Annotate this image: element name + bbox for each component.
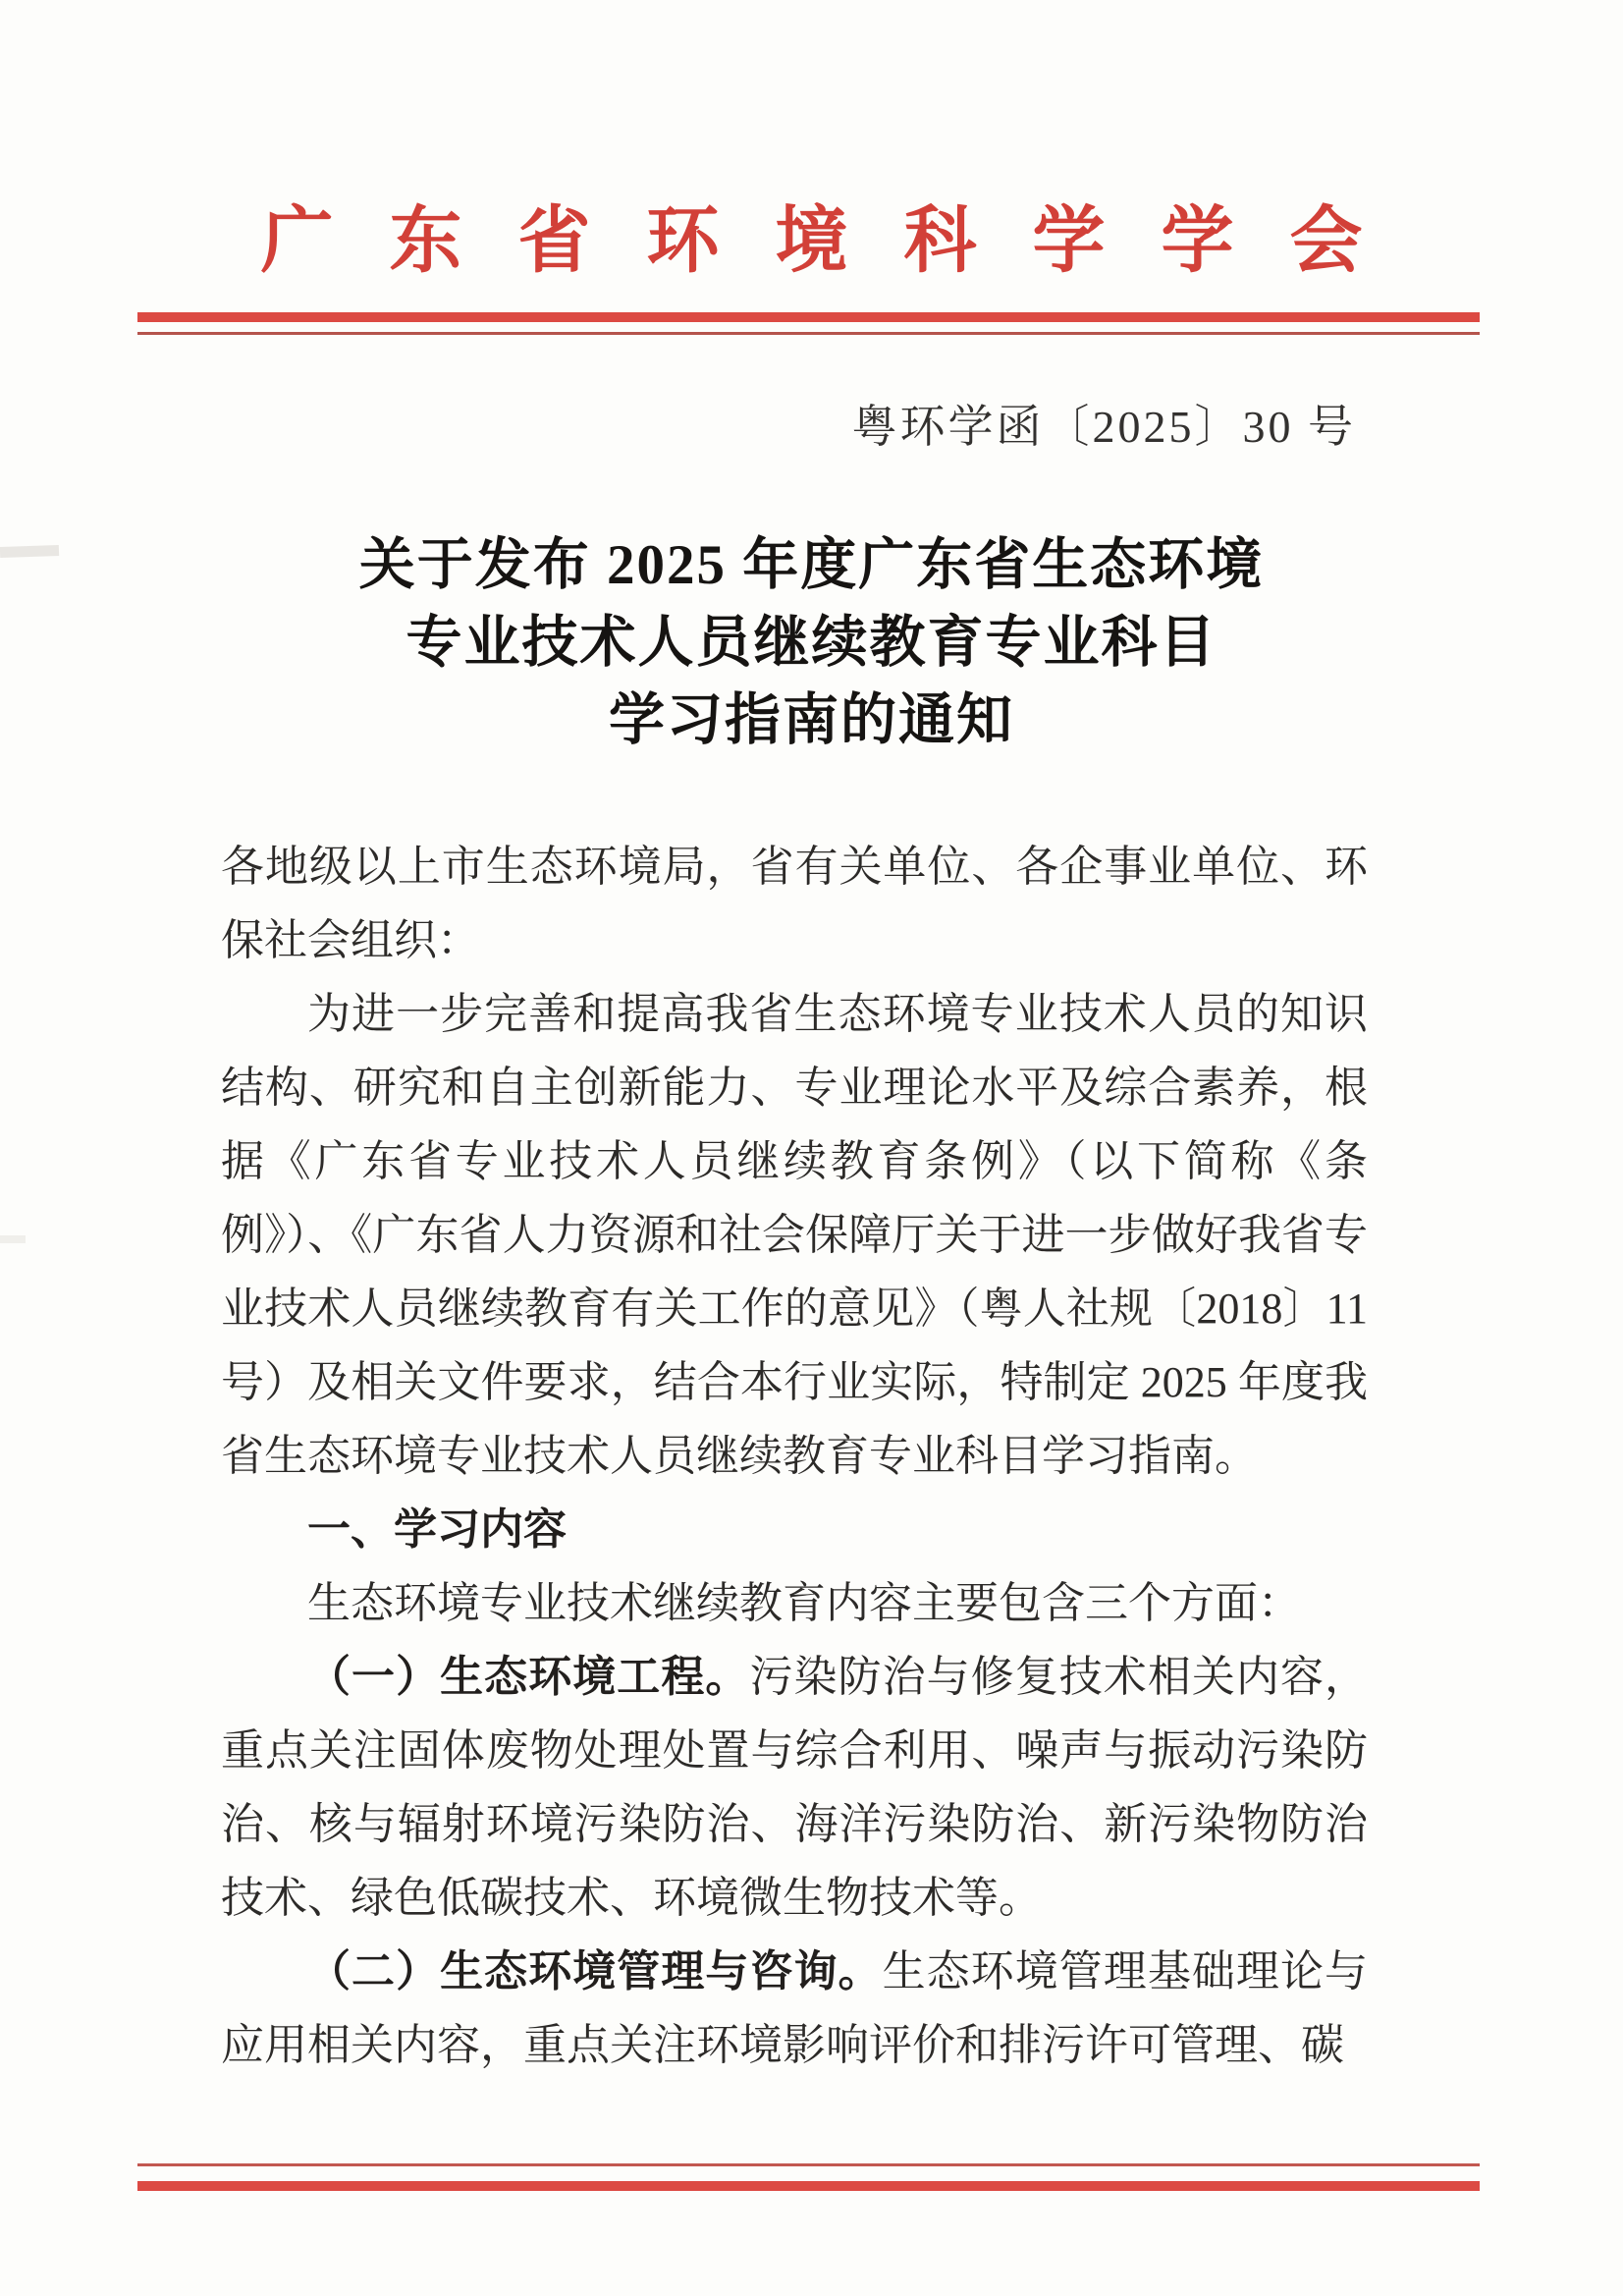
salutation: 各地级以上市生态环境局，省有关单位、各企事业单位、环保社会组织： bbox=[221, 830, 1368, 977]
scan-artifact bbox=[0, 1235, 26, 1243]
letterhead-divider-thin bbox=[137, 332, 1480, 335]
footer-divider-thin bbox=[137, 2163, 1480, 2166]
notice-title-line-2: 专业技术人员继续教育专业科目 bbox=[118, 604, 1505, 682]
paragraph-item-1-eco-engineering: （一）生态环境工程。污染防治与修复技术相关内容，重点关注固体废物处理处置与综合利… bbox=[221, 1640, 1368, 1935]
paragraph-item-2-eco-management: （二）生态环境管理与咨询。生态环境管理基础理论与应用相关内容，重点关注环境影响评… bbox=[221, 1935, 1368, 2082]
document-number: 粤环学函〔2025〕30 号 bbox=[221, 391, 1368, 456]
paragraph-overview: 生态环境专业技术继续教育内容主要包含三个方面： bbox=[221, 1566, 1368, 1640]
section-heading-learning-content: 一、学习内容 bbox=[221, 1493, 1368, 1566]
notice-title-line-1: 关于发布 2025 年度广东省生态环境 bbox=[118, 526, 1505, 604]
letterhead-org-name: 广东省环境科学学会 bbox=[0, 183, 1623, 287]
document-body: 各地级以上市生态环境局，省有关单位、各企事业单位、环保社会组织：为进一步完善和提… bbox=[221, 830, 1368, 2082]
letterhead-divider-thick bbox=[137, 312, 1480, 322]
footer-divider-thick bbox=[137, 2181, 1480, 2191]
paragraph-intro: 为进一步完善和提高我省生态环境专业技术人员的知识结构、研究和自主创新能力、专业理… bbox=[221, 977, 1368, 1493]
scan-artifact bbox=[0, 545, 59, 558]
notice-title: 关于发布 2025 年度广东省生态环境 专业技术人员继续教育专业科目 学习指南的… bbox=[118, 526, 1505, 759]
notice-title-line-3: 学习指南的通知 bbox=[118, 682, 1505, 759]
document-page: 广东省环境科学学会 粤环学函〔2025〕30 号 关于发布 2025 年度广东省… bbox=[0, 0, 1623, 2296]
